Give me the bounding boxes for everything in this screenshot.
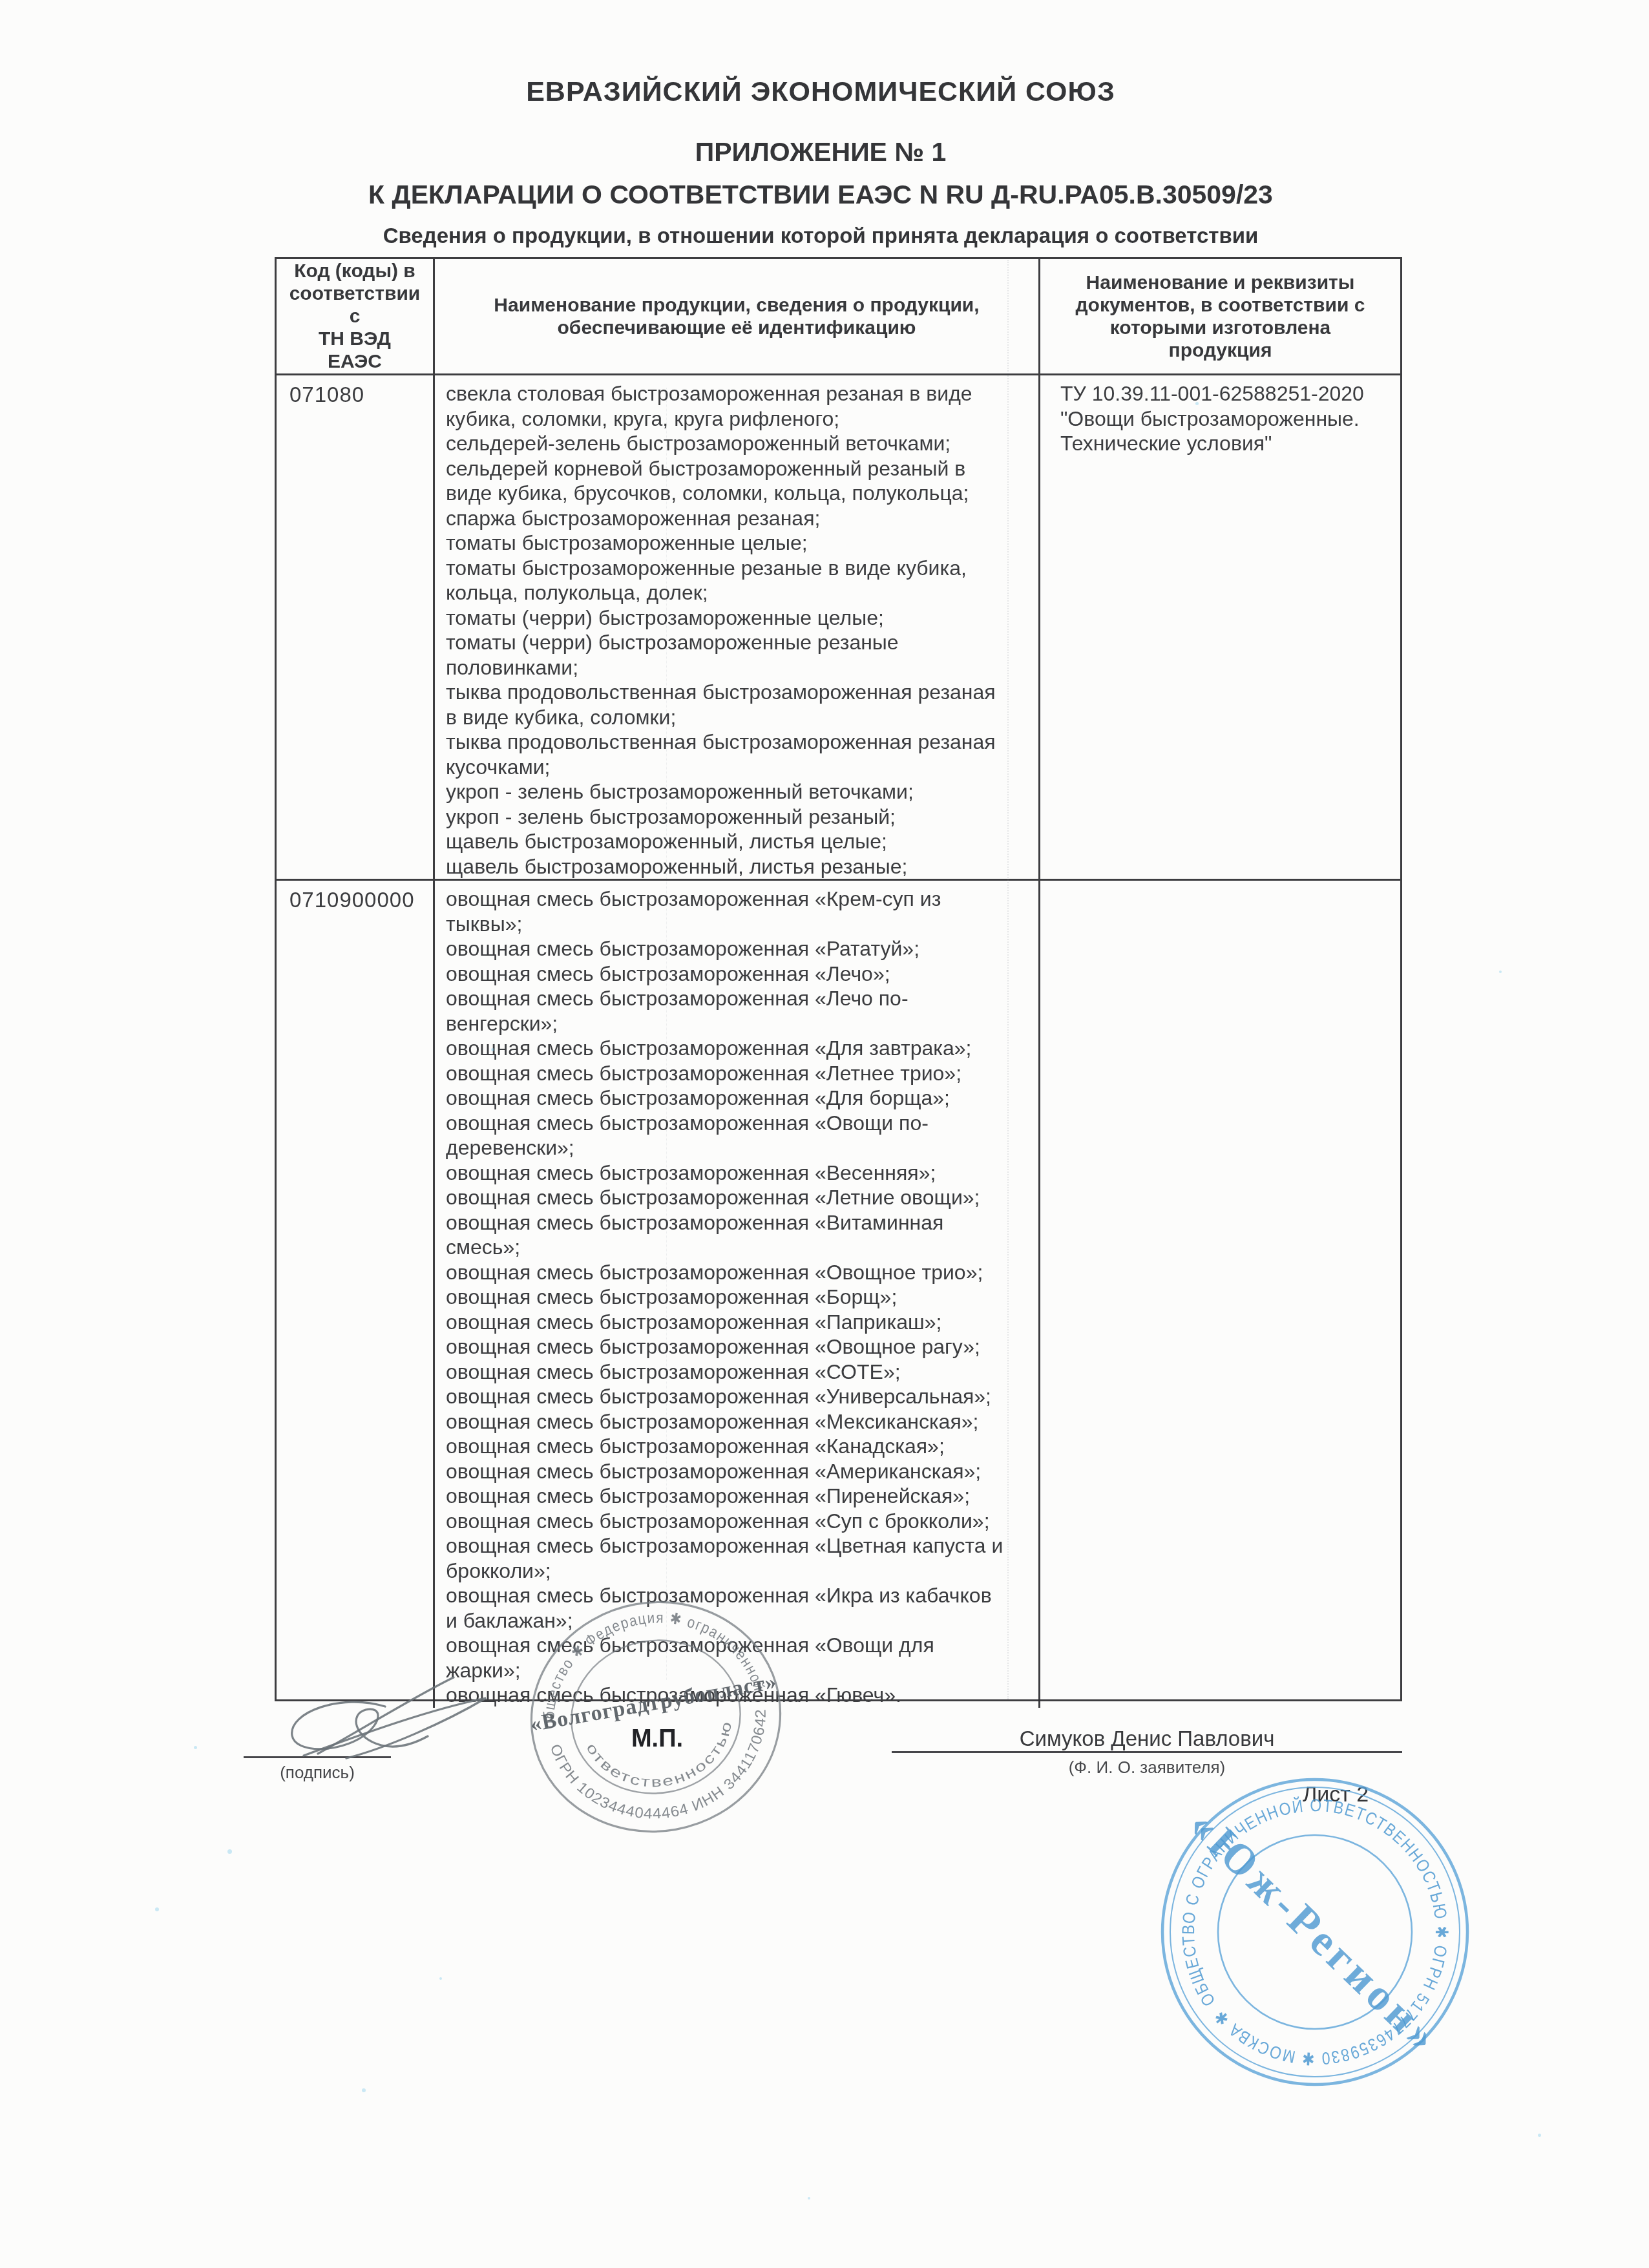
scan-speckle <box>491 1048 494 1051</box>
scan-speckle <box>194 1746 197 1749</box>
signature-caption: (подпись) <box>244 1763 391 1783</box>
document-page: ЕВРАЗИЙСКИЙ ЭКОНОМИЧЕСКИЙ СОЮЗ ПРИЛОЖЕНИ… <box>0 0 1649 2268</box>
applicant-name: Симуков Денис Павлович <box>892 1727 1402 1751</box>
row1-docs-cell: ТУ 10.39.11-001-62588251-2020"Овощи быст… <box>1040 375 1400 881</box>
stamp-place-label: М.П. <box>615 1725 699 1753</box>
blue-stamp-outer-ring <box>1162 1780 1467 2084</box>
applicant-caption: (Ф. И. О. заявителя) <box>892 1758 1402 1778</box>
table-caption: Сведения о продукции, в отношении которо… <box>236 224 1405 248</box>
scan-speckle <box>808 2197 810 2200</box>
scan-artifact-line <box>666 388 667 1680</box>
row2-code-cell: 0710900000 <box>277 881 435 1708</box>
blue-stamp-ring-text: ОБЩЕСТВО С ОГРАНИЧЕННОЙ ОТВЕТСТВЕННОСТЬЮ… <box>1179 1796 1451 2068</box>
column-header-product: Наименование продукции, сведения о проду… <box>435 259 1040 375</box>
scan-speckle <box>1195 402 1199 405</box>
products-table: Код (коды) всоответствиисТН ВЭДЕАЭС Наим… <box>275 257 1402 1701</box>
scan-speckle <box>1499 971 1502 973</box>
scan-artifact-line <box>1007 260 1009 1699</box>
scan-speckle <box>362 2088 366 2092</box>
blue-stamp-middle-ring <box>1170 1787 1460 2077</box>
row1-code-cell: 071080 <box>277 375 435 881</box>
declaration-number-title: К ДЕКЛАРАЦИИ О СООТВЕТСТВИИ ЕАЭС N RU Д-… <box>236 180 1405 210</box>
scan-speckle <box>439 1977 442 1980</box>
svg-text:ОБЩЕСТВО С ОГРАНИЧЕННОЙ ОТВ: ОБЩЕСТВО С ОГРАНИЧЕННОЙ ОТВЕТСТВЕННОСТЬЮ… <box>1179 1796 1451 2068</box>
column-header-code: Код (коды) всоответствиисТН ВЭДЕАЭС <box>277 259 435 375</box>
blue-stamp-name: «Юж-Регион» <box>1180 1800 1451 2063</box>
applicant-name-line <box>892 1751 1402 1753</box>
blue-stamp: ОБЩЕСТВО С ОГРАНИЧЕННОЙ ОТВЕТСТВЕННОСТЬЮ… <box>1162 1780 1467 2084</box>
sheet-number: Лист 2 <box>1303 1782 1369 1807</box>
row2-docs-cell <box>1040 881 1400 1708</box>
row2-product-cell: овощная смесь быстрозамороженная «Крем-с… <box>435 881 1040 1708</box>
blue-stamp-inner-ring <box>1218 1835 1412 2029</box>
signature-line <box>244 1756 391 1758</box>
scan-speckle <box>155 1907 159 1911</box>
scan-speckle <box>227 1849 232 1854</box>
union-title: ЕВРАЗИЙСКИЙ ЭКОНОМИЧЕСКИЙ СОЮЗ <box>236 76 1405 108</box>
scan-speckle <box>1538 2134 1541 2137</box>
column-header-docs: Наименование и реквизитыдокументов, в со… <box>1040 259 1400 375</box>
appendix-title: ПРИЛОЖЕНИЕ № 1 <box>236 137 1405 167</box>
row1-product-cell: свекла столовая быстрозамороженная резан… <box>435 375 1040 881</box>
